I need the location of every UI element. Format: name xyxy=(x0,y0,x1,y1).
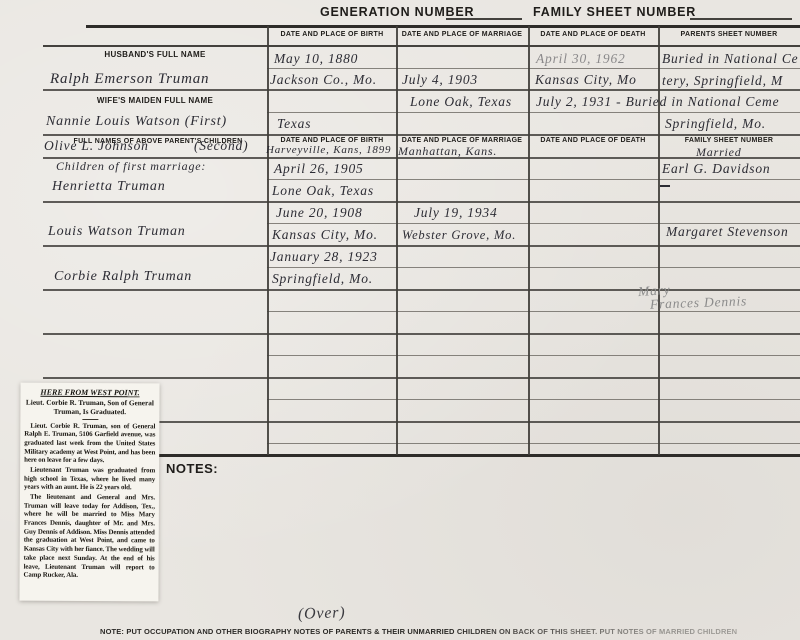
child2-birth-date: June 20, 1908 xyxy=(276,206,363,220)
child1-birth-place: Lone Oak, Texas xyxy=(272,184,374,198)
newspaper-clipping: HERE FROM WEST POINT. Lieut. Corbie R. T… xyxy=(19,383,159,602)
column-divider xyxy=(267,26,269,455)
sub-row-line xyxy=(267,311,800,312)
child3-birth-place: Springfield, Mo. xyxy=(272,272,373,286)
child2-name-handwritten: Louis Watson Truman xyxy=(48,225,186,239)
generation-number-blank-line xyxy=(446,18,522,20)
child3-name-handwritten: Corbie Ralph Truman xyxy=(54,270,192,284)
footer-instruction: NOTE: PUT OCCUPATION AND OTHER BIOGRAPHY… xyxy=(100,627,800,636)
child1-birth-date: April 26, 1905 xyxy=(274,162,364,176)
wife-first-death-note: July 2, 1931 - Buried in National Ceme xyxy=(536,95,779,109)
row-line xyxy=(43,89,800,91)
family-sheet-number-label: FAMILY SHEET NUMBER xyxy=(533,5,696,19)
column-header-death-2: DATE AND PLACE OF DEATH xyxy=(532,137,654,144)
husband-burial-note-line1: Buried in National Ce xyxy=(662,52,798,66)
husband-birth-place: Jackson Co., Mo. xyxy=(270,73,377,87)
row-line xyxy=(43,134,800,136)
clipping-headline: HERE FROM WEST POINT. xyxy=(24,388,155,398)
child3-birth-date: January 28, 1923 xyxy=(270,250,378,264)
column-header-death: DATE AND PLACE OF DEATH xyxy=(532,31,654,38)
husband-marriage-date: July 4, 1903 xyxy=(402,73,478,87)
child2-marriage-date: July 19, 1934 xyxy=(414,206,498,220)
column-header-marriage: DATE AND PLACE OF MARRIAGE xyxy=(400,31,524,38)
row-line xyxy=(43,289,800,291)
wife-second-marriage-place: Manhattan, Kans. xyxy=(398,145,497,157)
sub-row-line xyxy=(267,355,800,356)
column-header-birth: DATE AND PLACE OF BIRTH xyxy=(272,31,392,38)
column-divider xyxy=(658,26,660,455)
row-line xyxy=(43,377,800,379)
children-heading-handwritten: Children of first marriage: xyxy=(56,160,206,172)
column-header-parents-sheet: PARENTS SHEET NUMBER xyxy=(662,31,796,38)
husband-name-label: HUSBAND'S FULL NAME xyxy=(75,50,235,59)
family-sheet-number-blank-line xyxy=(690,18,792,20)
column-divider xyxy=(528,26,530,455)
sub-row-line xyxy=(267,267,800,268)
wife-first-name-handwritten: Nannie Louis Watson (First) xyxy=(46,115,227,129)
wife-first-birth-place: Texas xyxy=(277,117,311,131)
husband-death-place: Kansas City, Mo xyxy=(535,73,637,87)
child2-marriage-place: Webster Grove, Mo. xyxy=(402,229,516,242)
column-header-marriage-2: DATE AND PLACE OF MARRIAGE xyxy=(400,137,524,144)
wife-second-tag-handwritten: (Second) xyxy=(194,139,248,153)
generation-number-label: GENERATION NUMBER xyxy=(320,5,474,19)
husband-burial-note-line2: tery, Springfield, M xyxy=(662,74,783,88)
clipping-paragraph-1: Lieut. Corbie R. Truman, son of General … xyxy=(24,422,155,466)
column-divider xyxy=(396,26,398,455)
sub-row-line xyxy=(267,399,800,400)
child1-name-handwritten: Henrietta Truman xyxy=(52,180,166,194)
column-header-birth-2: DATE AND PLACE OF BIRTH xyxy=(272,137,392,144)
husband-birth-date: May 10, 1880 xyxy=(274,52,358,66)
clipping-paragraph-3: The lieutenant and General and Mrs. Trum… xyxy=(24,494,155,582)
child1-spouse-name: Earl G. Davidson xyxy=(662,162,770,176)
table-top-border xyxy=(86,25,800,28)
family-group-sheet-scan: GENERATION NUMBER FAMILY SHEET NUMBER DA… xyxy=(0,0,800,640)
sub-row-line xyxy=(267,179,800,180)
row-line xyxy=(43,201,800,203)
child3-spouse-name-line2: Frances Dennis xyxy=(650,294,747,311)
husband-death-date: April 30, 1962 xyxy=(536,52,626,66)
wife-second-birth-place: Harveyville, Kans, 1899 xyxy=(266,145,391,156)
column-header-family-sheet: FAMILY SHEET NUMBER xyxy=(662,137,796,144)
sub-row-line xyxy=(267,443,800,444)
clipping-divider xyxy=(82,418,98,419)
child2-birth-place: Kansas City, Mo. xyxy=(272,228,378,242)
child2-spouse-name: Margaret Stevenson xyxy=(666,225,789,239)
married-column-note: Married xyxy=(696,146,742,158)
over-note-handwritten: (Over) xyxy=(298,605,346,623)
header-row-bottom-line xyxy=(43,45,800,47)
wife-name-label: WIFE'S MAIDEN FULL NAME xyxy=(75,96,235,105)
wife-second-name-handwritten: Olive L. Johnson xyxy=(44,139,149,153)
wife-first-burial-place: Springfield, Mo. xyxy=(665,117,766,131)
clipping-paragraph-2: Lieutenant Truman was graduated from hig… xyxy=(24,467,155,494)
row-line xyxy=(43,333,800,335)
row-line xyxy=(43,245,800,247)
notes-label: NOTES: xyxy=(166,461,218,476)
husband-marriage-place: Lone Oak, Texas xyxy=(410,95,512,109)
spouse-dash-mark xyxy=(660,185,670,187)
clipping-subhead: Lieut. Corbie R. Truman, Son of General … xyxy=(24,399,155,417)
husband-name-handwritten: Ralph Emerson Truman xyxy=(50,72,209,87)
sub-row-line xyxy=(267,112,800,113)
sub-row-line xyxy=(267,68,800,69)
